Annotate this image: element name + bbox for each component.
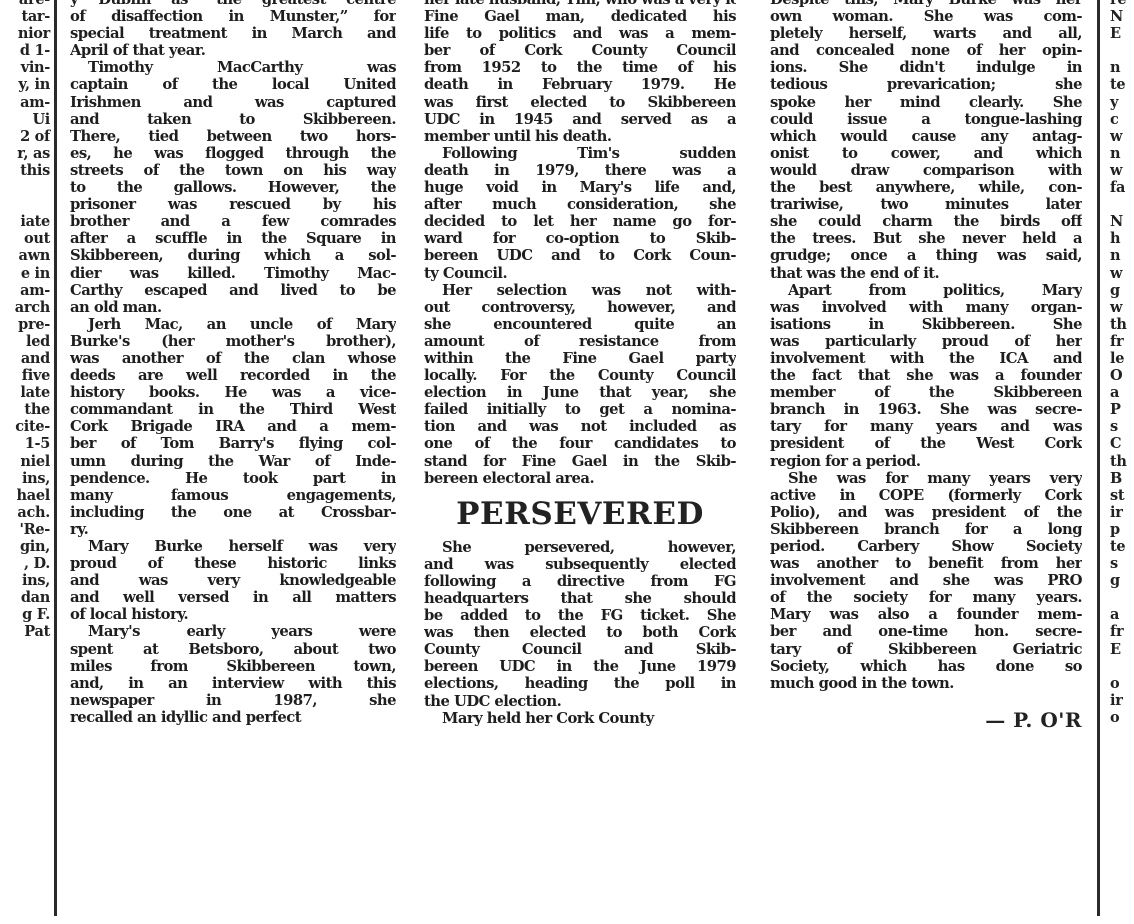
text-line: history books. He was a vice- <box>70 384 396 401</box>
text-fragment: th <box>1110 316 1134 333</box>
text-fragment: r, as <box>0 145 50 162</box>
subheading-persevered: PERSEVERED <box>424 497 736 531</box>
text-line: be added to the FG ticket. She <box>424 607 736 624</box>
text-fragment: ir <box>1110 692 1134 709</box>
paragraph: Mary's early years werespent at Betsboro… <box>70 623 396 726</box>
text-line: bereen electoral area. <box>424 470 736 487</box>
text-line: after a scuffle in the Square in <box>70 230 396 247</box>
text-line: Mary Burke herself was very <box>70 538 396 555</box>
text-fragment <box>0 196 50 213</box>
text-fragment: hael <box>0 487 50 504</box>
text-fragment: st <box>1110 487 1134 504</box>
text-fragment: this <box>0 162 50 179</box>
text-fragment: nior <box>0 25 50 42</box>
text-line: Jerh Mac, an uncle of Mary <box>70 316 396 333</box>
text-line: pletely herself, warts and all, <box>770 25 1082 42</box>
text-fragment: and <box>0 350 50 367</box>
text-line: isations in Skibbereen. She <box>770 316 1082 333</box>
text-line: spent at Betsboro, about two <box>70 641 396 658</box>
text-fragment: w <box>1110 162 1134 179</box>
text-fragment: led <box>0 333 50 350</box>
text-fragment: fr <box>1110 623 1134 640</box>
text-line: to the gallows. However, the <box>70 179 396 196</box>
text-line: spoke her mind clearly. She <box>770 94 1082 111</box>
text-line: Apart from politics, Mary <box>770 282 1082 299</box>
text-line: of local history. <box>70 606 396 623</box>
text-line: stand for Fine Gael in the Skib- <box>424 453 736 470</box>
text-fragment: Ui <box>0 111 50 128</box>
text-fragment: cite- <box>0 418 50 435</box>
text-line: was particularly proud of her <box>770 333 1082 350</box>
text-line: tedious prevarication; she <box>770 76 1082 93</box>
text-fragment: fr <box>1110 333 1134 350</box>
text-fragment: , D. <box>0 555 50 572</box>
text-line: many famous engagements, <box>70 487 396 504</box>
text-fragment: tar- <box>0 8 50 25</box>
text-line: own woman. She was com- <box>770 8 1082 25</box>
text-fragment: awn <box>0 247 50 264</box>
text-fragment <box>1110 589 1134 606</box>
text-fragment: 2 of <box>0 128 50 145</box>
text-line: recalled an idyllic and perfect <box>70 709 396 726</box>
text-line: and concealed none of her opin- <box>770 42 1082 59</box>
text-line: Skibbereen branch for a long <box>770 521 1082 538</box>
text-line: after much consideration, she <box>424 196 736 213</box>
text-line: prisoner was rescued by his <box>70 196 396 213</box>
text-fragment: th <box>1110 453 1134 470</box>
right-edge-column-fragment: reNEnteycwnwfaNhnwgwthfrleOaPsCthBstirpt… <box>1110 0 1134 726</box>
text-line: could issue a tongue-lashing <box>770 111 1082 128</box>
text-line: streets of the town on his way <box>70 162 396 179</box>
text-line: she encountered quite an <box>424 316 736 333</box>
text-line: ward for co-option to Skib- <box>424 230 736 247</box>
text-fragment: E <box>1110 641 1134 658</box>
paragraph: Jerh Mac, an uncle of MaryBurke's (her m… <box>70 316 396 538</box>
text-fragment <box>1110 658 1134 675</box>
text-fragment: d 1- <box>0 42 50 59</box>
text-line: dier was killed. Timothy Mac- <box>70 265 396 282</box>
text-fragment: te <box>1110 76 1134 93</box>
text-fragment: O <box>1110 367 1134 384</box>
text-line: and was subsequently elected <box>424 556 736 573</box>
paragraph: Despite this, Mary Burke was herown woma… <box>770 0 1082 282</box>
text-fragment: out <box>0 230 50 247</box>
text-line: elections, heading the poll in <box>424 675 736 692</box>
text-fragment: o <box>1110 709 1134 726</box>
paragraph: Mary held her Cork County <box>424 710 736 727</box>
text-line: She persevered, however, <box>424 539 736 556</box>
text-line: election in June that year, she <box>424 384 736 401</box>
text-line: ty Council. <box>424 265 736 282</box>
text-line: death in February 1979. He <box>424 76 736 93</box>
text-line: tary for many years and was <box>770 418 1082 435</box>
text-line: grudge; once a thing was said, <box>770 247 1082 264</box>
text-fragment: s <box>1110 555 1134 572</box>
paragraph: Timothy MacCarthy wascaptain of the loca… <box>70 59 396 315</box>
text-fragment: late <box>0 384 50 401</box>
text-fragment: am- <box>0 94 50 111</box>
column-rule-left <box>54 0 57 916</box>
text-line: Polio), and was president of the <box>770 504 1082 521</box>
paragraph: Following Tim's suddendeath in 1979, the… <box>424 145 736 282</box>
text-fragment: ins, <box>0 470 50 487</box>
text-fragment: e in <box>0 265 50 282</box>
text-line: including the one at Crossbar- <box>70 504 396 521</box>
text-line: Fine Gael man, dedicated his <box>424 8 736 25</box>
text-line: Burke's (her mother's brother), <box>70 333 396 350</box>
text-fragment: p <box>1110 521 1134 538</box>
text-line: failed initially to get a nomina- <box>424 401 736 418</box>
text-line: deeds are well recorded in the <box>70 367 396 384</box>
text-line: active in COPE (formerly Cork <box>770 487 1082 504</box>
paragraph: her late husband, Tim, who was a very lo… <box>424 0 736 145</box>
text-line: captain of the local United <box>70 76 396 93</box>
text-line: April of that year. <box>70 42 396 59</box>
text-line: was involved with many organ- <box>770 299 1082 316</box>
text-line: County Council and Skib- <box>424 641 736 658</box>
text-line: would draw comparison with <box>770 162 1082 179</box>
text-line: she could charm the birds off <box>770 213 1082 230</box>
text-fragment: w <box>1110 265 1134 282</box>
text-line: much good in the town. <box>770 675 1082 692</box>
text-line: commandant in the Third West <box>70 401 396 418</box>
text-line: member until his death. <box>424 128 736 145</box>
text-fragment: s <box>1110 418 1134 435</box>
text-line: Skibbereen, during which a sol- <box>70 247 396 264</box>
text-line: bereen UDC in the June 1979 <box>424 658 736 675</box>
text-line: following a directive from FG <box>424 573 736 590</box>
text-line: an old man. <box>70 299 396 316</box>
left-edge-column-fragment: are-tar-niord 1-vin-y, inam-Ui2 ofr, ast… <box>0 0 50 641</box>
text-line: Following Tim's sudden <box>424 145 736 162</box>
paragraph: She persevered, however,and was subseque… <box>424 539 736 710</box>
text-line: was then elected to both Cork <box>424 624 736 641</box>
text-fragment: 'Re- <box>0 521 50 538</box>
column-rule-right <box>1097 0 1100 916</box>
text-fragment <box>1110 196 1134 213</box>
text-fragment: niel <box>0 453 50 470</box>
text-fragment: ach. <box>0 504 50 521</box>
text-fragment: n <box>1110 59 1134 76</box>
text-line: miles from Skibbereen town, <box>70 658 396 675</box>
text-fragment: n <box>1110 145 1134 162</box>
article-column-3: Despite this, Mary Burke was herown woma… <box>770 0 1082 729</box>
text-line: ions. She didn't indulge in <box>770 59 1082 76</box>
text-fragment: P <box>1110 401 1134 418</box>
paragraph: Apart from politics, Marywas involved wi… <box>770 282 1082 470</box>
text-fragment: a <box>1110 606 1134 623</box>
text-line: of the society for many years. <box>770 589 1082 606</box>
text-fragment: y, in <box>0 76 50 93</box>
text-fragment: ins, <box>0 572 50 589</box>
text-fragment: a <box>1110 384 1134 401</box>
text-line: She was for many years very <box>770 470 1082 487</box>
text-line: There, tied between two hors- <box>70 128 396 145</box>
text-fragment: le <box>1110 350 1134 367</box>
text-line: death in 1979, there was a <box>424 162 736 179</box>
text-line: involvement with the ICA and <box>770 350 1082 367</box>
text-line: period. Carbery Show Society <box>770 538 1082 555</box>
text-line: was another to benefit from her <box>770 555 1082 572</box>
text-fragment: g F. <box>0 606 50 623</box>
text-fragment <box>1110 42 1134 59</box>
text-line: and, in an interview with this <box>70 675 396 692</box>
text-fragment: vin- <box>0 59 50 76</box>
text-line: was another of the clan whose <box>70 350 396 367</box>
paragraph: Mary Burke herself was veryproud of thes… <box>70 538 396 623</box>
text-line: ry. <box>70 521 396 538</box>
text-fragment: h <box>1110 230 1134 247</box>
text-line: the best anywhere, while, con- <box>770 179 1082 196</box>
text-line: president of the West Cork <box>770 435 1082 452</box>
text-line: Irishmen and was captured <box>70 94 396 111</box>
text-line: newspaper in 1987, she <box>70 692 396 709</box>
text-line: one of the four candidates to <box>424 435 736 452</box>
text-line: bereen UDC and to Cork Coun- <box>424 247 736 264</box>
text-line: Mary was also a founder mem- <box>770 606 1082 623</box>
text-line: pendence. He took part in <box>70 470 396 487</box>
text-line: involvement and she was PRO <box>770 572 1082 589</box>
text-line: from 1952 to the time of his <box>424 59 736 76</box>
text-fragment: gin, <box>0 538 50 555</box>
author-signature: — P. O'R <box>770 712 1082 729</box>
text-line: ber of Cork County Council <box>424 42 736 59</box>
text-fragment: Pat <box>0 623 50 640</box>
text-line: member of the Skibbereen <box>770 384 1082 401</box>
text-line: Society, which has done so <box>770 658 1082 675</box>
paragraph: She was for many years veryactive in COP… <box>770 470 1082 692</box>
article-column-1: y Dublin as “the greatest centreof disaf… <box>70 0 396 726</box>
text-line: locally. For the County Council <box>424 367 736 384</box>
text-fragment: iate <box>0 213 50 230</box>
text-line: life to politics and was a mem- <box>424 25 736 42</box>
text-line: Mary held her Cork County <box>424 710 736 727</box>
text-line: proud of these historic links <box>70 555 396 572</box>
text-fragment: y <box>1110 94 1134 111</box>
text-fragment: dan <box>0 589 50 606</box>
text-line: of disaffection in Munster,” for <box>70 8 396 25</box>
text-fragment: o <box>1110 675 1134 692</box>
text-fragment: C <box>1110 435 1134 452</box>
text-line: Her selection was not with- <box>424 282 736 299</box>
text-line: which would cause any antag- <box>770 128 1082 145</box>
text-line: Despite this, Mary Burke was her <box>770 0 1082 8</box>
text-fragment: arch <box>0 299 50 316</box>
text-line: branch in 1963. She was secre- <box>770 401 1082 418</box>
text-line: and was very knowledgeable <box>70 572 396 589</box>
text-line: and well versed in all matters <box>70 589 396 606</box>
text-line: y Dublin as “the greatest centre <box>70 0 396 8</box>
text-line: region for a period. <box>770 453 1082 470</box>
article-column-2: her late husband, Tim, who was a very lo… <box>424 0 736 727</box>
text-line: amount of resistance from <box>424 333 736 350</box>
text-line: the trees. But she never held a <box>770 230 1082 247</box>
text-line: ber and one-time hon. secre- <box>770 623 1082 640</box>
text-line: brother and a few comrades <box>70 213 396 230</box>
text-fragment <box>0 179 50 196</box>
text-line: special treatment in March and <box>70 25 396 42</box>
text-line: UDC in 1945 and served as a <box>424 111 736 128</box>
text-fragment: c <box>1110 111 1134 128</box>
text-line: Timothy MacCarthy was <box>70 59 396 76</box>
text-line: her late husband, Tim, who was a very lo… <box>424 0 736 8</box>
text-line: headquarters that she should <box>424 590 736 607</box>
paragraph: y Dublin as “the greatest centreof disaf… <box>70 0 396 59</box>
text-line: tary of Skibbereen Geriatric <box>770 641 1082 658</box>
text-line: umn during the War of Inde- <box>70 453 396 470</box>
text-line: that was the end of it. <box>770 265 1082 282</box>
text-fragment: w <box>1110 128 1134 145</box>
text-fragment: te <box>1110 538 1134 555</box>
text-fragment: N <box>1110 213 1134 230</box>
text-fragment: N <box>1110 8 1134 25</box>
text-fragment: are- <box>0 0 50 8</box>
paragraph: Her selection was not with-out controver… <box>424 282 736 487</box>
text-line: huge void in Mary's life and, <box>424 179 736 196</box>
text-fragment: w <box>1110 299 1134 316</box>
text-fragment: n <box>1110 247 1134 264</box>
text-line: within the Fine Gael party <box>424 350 736 367</box>
text-line: was first elected to Skibbereen <box>424 94 736 111</box>
text-fragment: am- <box>0 282 50 299</box>
text-fragment: B <box>1110 470 1134 487</box>
text-line: Cork Brigade IRA and a mem- <box>70 418 396 435</box>
text-line: es, he was flogged through the <box>70 145 396 162</box>
text-fragment: E <box>1110 25 1134 42</box>
text-line: trariwise, two minutes later <box>770 196 1082 213</box>
text-line: Carthy escaped and lived to be <box>70 282 396 299</box>
text-fragment: 1-5 <box>0 435 50 452</box>
text-fragment: g <box>1110 282 1134 299</box>
text-fragment: five <box>0 367 50 384</box>
text-fragment: re <box>1110 0 1134 8</box>
text-fragment: pre- <box>0 316 50 333</box>
text-line: onist to cower, and which <box>770 145 1082 162</box>
text-line: tion and was not included as <box>424 418 736 435</box>
text-line: ber of Tom Barry's flying col- <box>70 435 396 452</box>
text-line: the fact that she was a founder <box>770 367 1082 384</box>
text-fragment: g <box>1110 572 1134 589</box>
text-line: decided to let her name go for- <box>424 213 736 230</box>
text-fragment: the <box>0 401 50 418</box>
text-line: the UDC election. <box>424 693 736 710</box>
text-line: Mary's early years were <box>70 623 396 640</box>
text-line: and taken to Skibbereen. <box>70 111 396 128</box>
text-line: out controversy, however, and <box>424 299 736 316</box>
text-fragment: fa <box>1110 179 1134 196</box>
text-fragment: ir <box>1110 504 1134 521</box>
